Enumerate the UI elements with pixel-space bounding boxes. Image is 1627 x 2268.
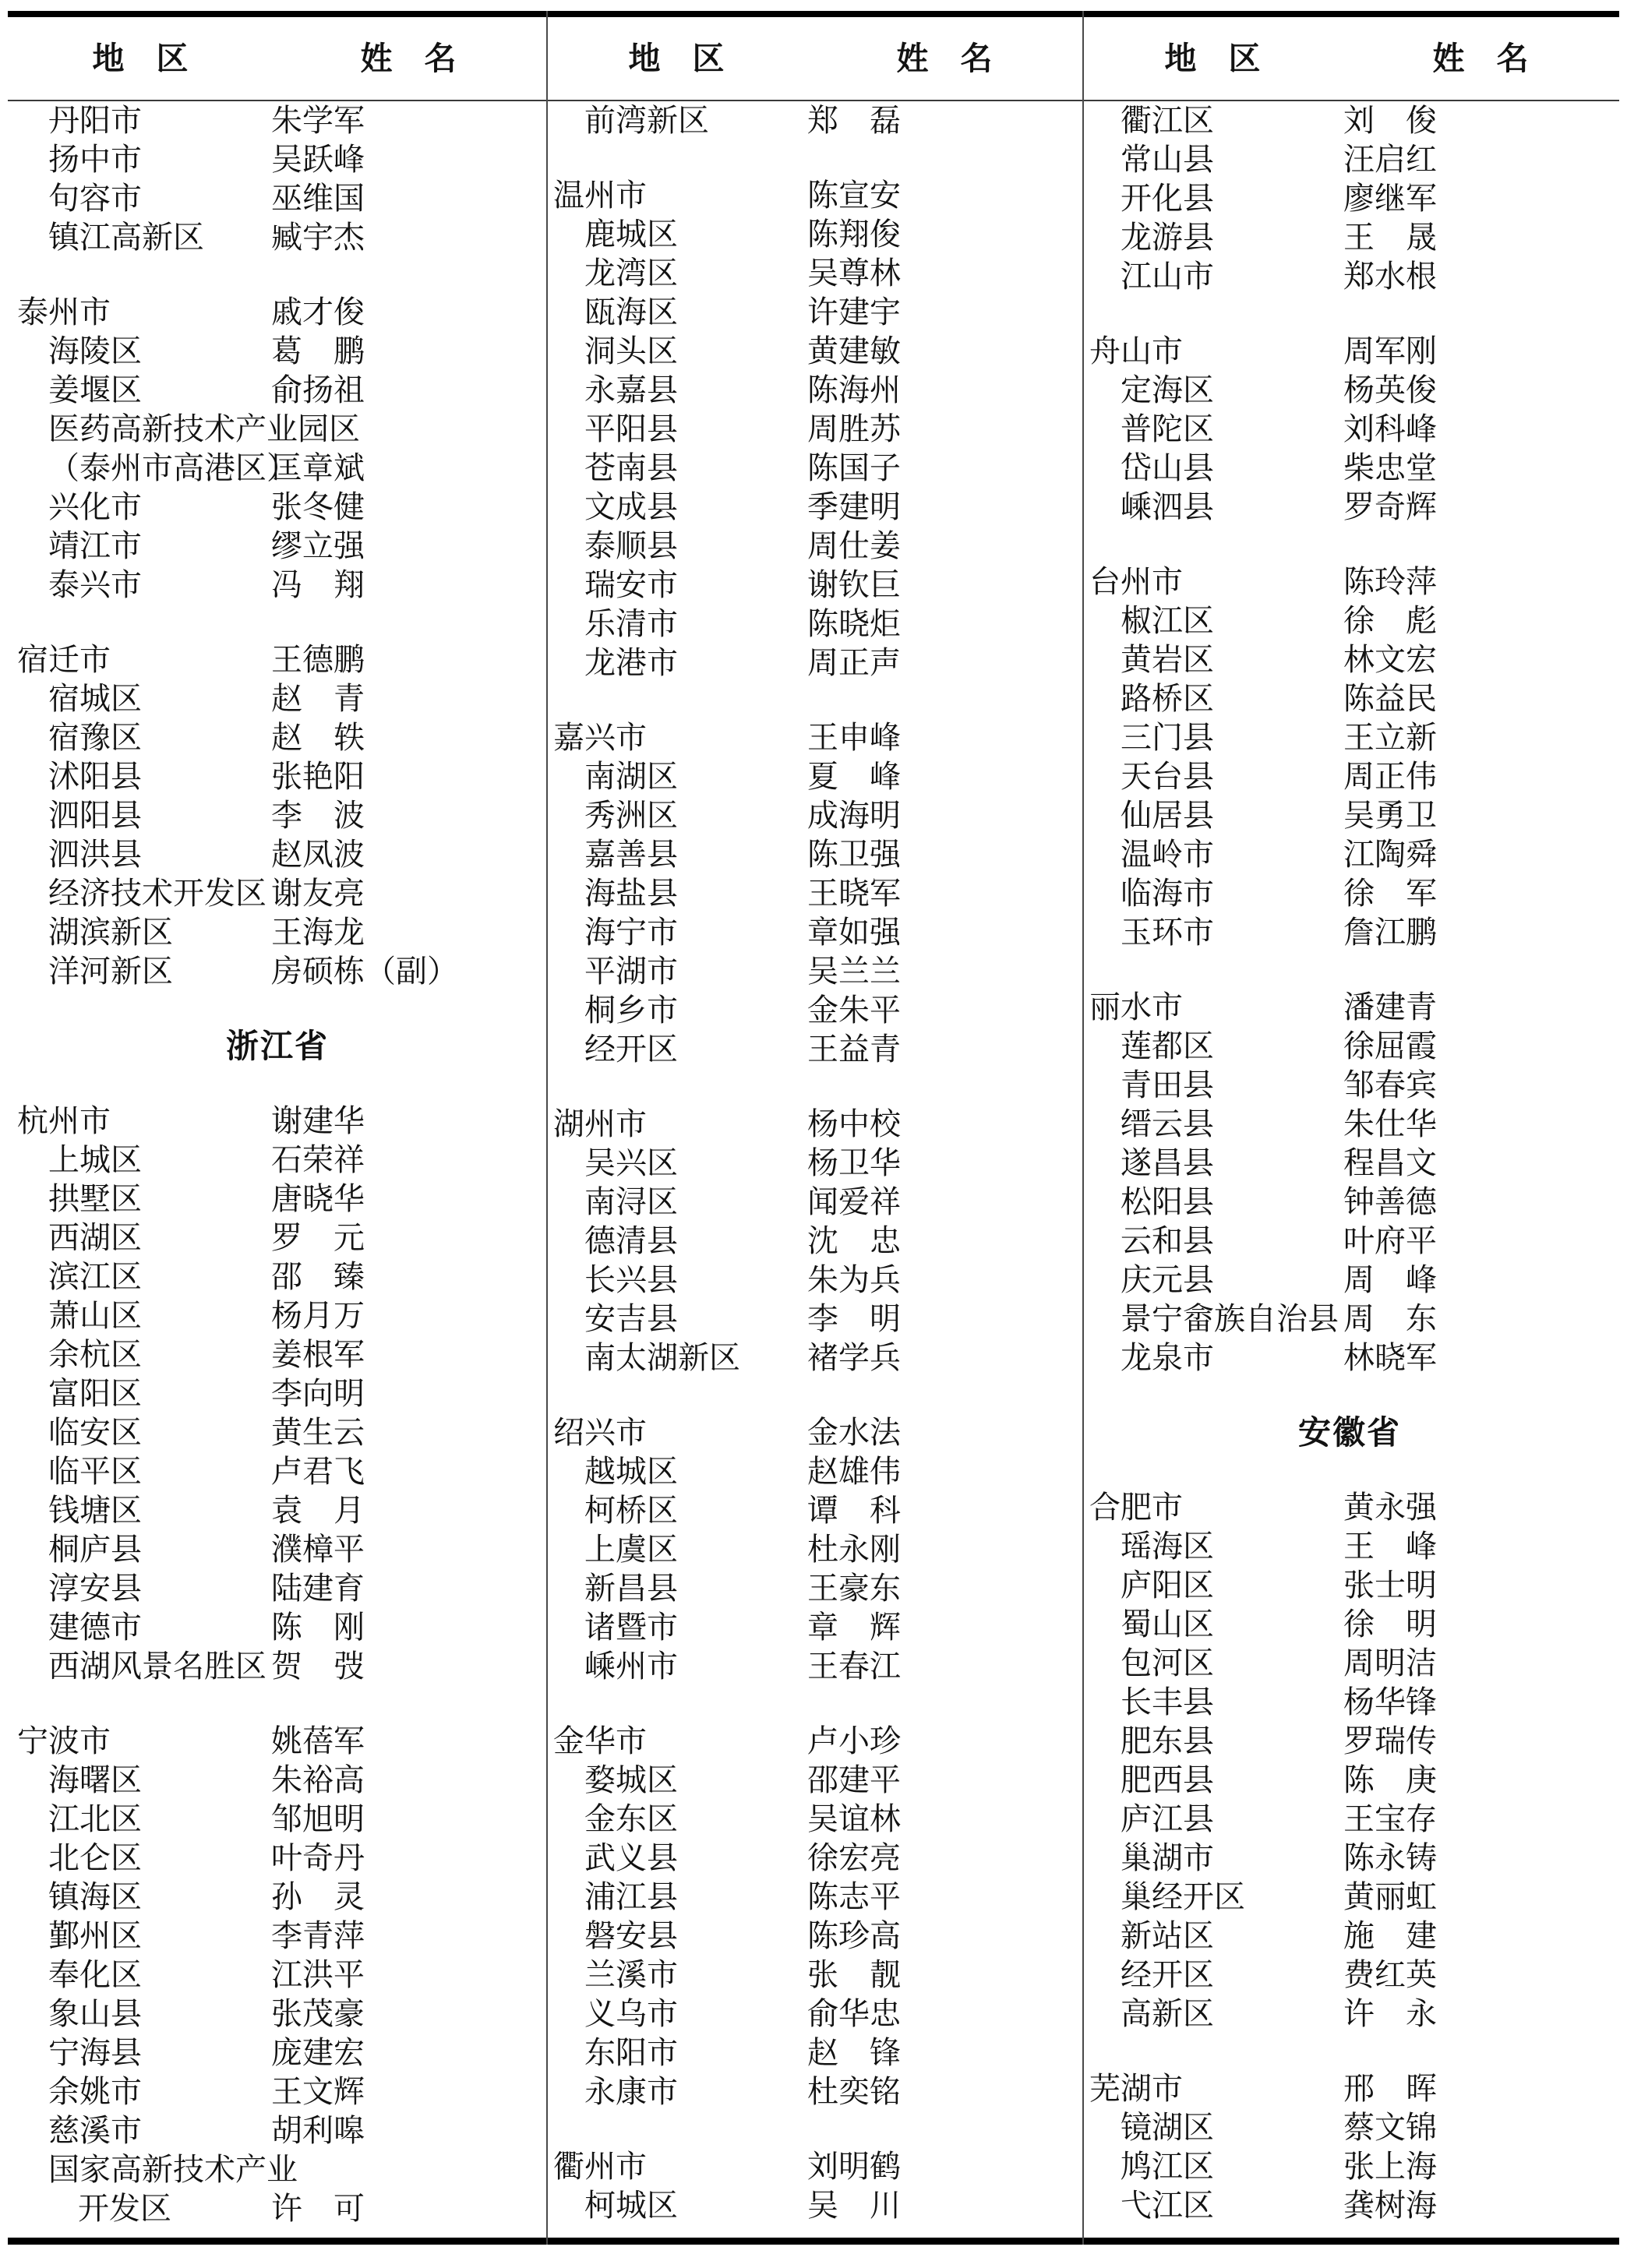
table-row: 南浔区闻爱祥 [545,1183,1082,1222]
group-spacer [9,1066,545,1102]
name-cell: 王海龙 [271,913,365,952]
name-cell: 郑水根 [1343,257,1437,296]
name-cell: 刘明鹤 [807,2147,901,2186]
table-row: 鸠江区张上海 [1082,2147,1618,2186]
region-cell: 淳安县 [48,1569,142,1608]
region-cell: 开化县 [1121,179,1214,218]
region-header-label: 地 区 [545,17,807,100]
region-cell: 海宁市 [584,913,678,952]
region-cell: 长丰县 [1121,1683,1214,1722]
region-cell: 路桥区 [1121,679,1214,718]
name-cell: 汪启红 [1343,140,1437,179]
name-cell: 杨英俊 [1343,371,1437,410]
table-row: 南太湖新区褚学兵 [545,1339,1082,1377]
table-row: 镇江高新区臧宇杰 [9,218,545,257]
name-cell: 赵 青 [271,679,365,718]
group-spacer [1082,296,1618,332]
name-cell: 金朱平 [807,991,901,1030]
region-cell: 医药高新技术产业园区 [48,410,360,449]
table-row: 宿豫区赵 轶 [9,718,545,757]
name-cell: 李 波 [271,796,365,835]
name-cell: 匡章斌 [271,449,365,488]
name-cell: 王 晟 [1343,218,1437,257]
region-cell: 岱山县 [1121,449,1214,488]
document-page: { "table": { "header": { "region_label":… [0,0,1627,2268]
name-cell: 庞建宏 [271,2033,365,2072]
group-spacer [545,683,1082,718]
name-cell: 王立新 [1343,718,1437,757]
region-cell: 龙港市 [584,644,678,683]
region-cell: 临海市 [1121,874,1214,913]
table-row: 龙泉市林晓军 [1082,1339,1618,1377]
name-cell: 王晓军 [807,874,901,913]
name-cell: 罗奇辉 [1343,488,1437,527]
name-cell: 周 东 [1343,1300,1437,1339]
name-cell: 朱裕高 [271,1761,365,1800]
table-row: 缙云县朱仕华 [1082,1105,1618,1144]
table-row: 洞头区黄建敏 [545,332,1082,371]
region-cell: 龙泉市 [1121,1339,1214,1377]
table-row: 浦江县陈志平 [545,1878,1082,1917]
table-row: 上城区石荣祥 [9,1141,545,1180]
table-row: 经开区费红英 [1082,1956,1618,1995]
name-cell: 杨中校 [807,1105,901,1144]
table-row: 镇海区孙 灵 [9,1878,545,1917]
region-cell: 衢江区 [1121,101,1214,140]
table-row: 巢经开区黄丽虹 [1082,1878,1618,1917]
table-top-rule [8,11,1619,17]
table-row: 钱塘区袁 月 [9,1491,545,1530]
table-row: 蜀山区徐 明 [1082,1605,1618,1644]
region-cell: 高新区 [1121,1995,1214,2033]
region-cell: 合肥市 [1089,1488,1183,1527]
region-cell: 定海区 [1121,371,1214,410]
name-cell: 章如强 [807,913,901,952]
group-spacer [545,2111,1082,2147]
name-header-label: 姓 名 [807,17,1082,100]
region-cell: 瑶海区 [1121,1527,1214,1566]
name-cell: 林文宏 [1343,640,1437,679]
name-cell: 卢小珍 [807,1722,901,1761]
region-cell: 平阳县 [584,410,678,449]
region-cell: 桐乡市 [584,991,678,1030]
region-cell: 常山县 [1121,140,1214,179]
name-cell: 谢友亮 [271,874,365,913]
region-cell: 磐安县 [584,1917,678,1956]
table-row: 北仑区叶奇丹 [9,1839,545,1878]
region-cell: 弋江区 [1121,2186,1214,2225]
region-cell: 洋河新区 [48,952,173,991]
name-cell: 陈 刚 [271,1608,365,1647]
table-row: 镜湖区蔡文锦 [1082,2108,1618,2147]
region-cell: 温州市 [553,176,647,215]
table-row: 台州市陈玲萍 [1082,563,1618,601]
region-cell: （泰州市高港区） [48,449,298,488]
region-cell: 湖滨新区 [48,913,173,952]
table-row: 温岭市江陶舜 [1082,835,1618,874]
name-cell: 夏 峰 [807,757,901,796]
region-cell: 上城区 [48,1141,142,1180]
name-cell: 戚才俊 [271,293,365,332]
region-cell: 越城区 [584,1452,678,1491]
table-row: 巢湖市陈永铸 [1082,1839,1618,1878]
table-row: 滨江区邵 臻 [9,1257,545,1296]
table-row: 柯桥区谭 科 [545,1491,1082,1530]
table-row: 临海市徐 军 [1082,874,1618,913]
group-spacer [1082,952,1618,988]
table-row: 衢州市刘明鹤 [545,2147,1082,2186]
name-cell: 蔡文锦 [1343,2108,1437,2147]
name-cell: 陈宣安 [807,176,901,215]
region-cell: 庐阳区 [1121,1566,1214,1605]
table-row: 玉环市詹江鹏 [1082,913,1618,952]
region-cell: 肥东县 [1121,1722,1214,1761]
region-cell: 鸠江区 [1121,2147,1214,2186]
table-row: 兰溪市张 靓 [545,1956,1082,1995]
region-cell: 肥西县 [1121,1761,1214,1800]
name-cell: 胡利嗥 [271,2111,365,2150]
table-column-3: 衢江区刘 俊常山县汪启红开化县廖继军龙游县王 晟江山市郑水根舟山市周军刚定海区杨… [1082,101,1618,2225]
table-row: 常山县汪启红 [1082,140,1618,179]
name-cell: 袁 月 [271,1491,365,1530]
table-row: 泗洪县赵凤波 [9,835,545,874]
region-cell: 慈溪市 [48,2111,142,2150]
region-cell: 永嘉县 [584,371,678,410]
name-cell: 沈 忠 [807,1222,901,1261]
name-cell: 陈珍高 [807,1917,901,1956]
table-row: 平阳县周胜苏 [545,410,1082,449]
region-cell: 云和县 [1121,1222,1214,1261]
table-row: 嘉善县陈卫强 [545,835,1082,874]
name-cell: 朱为兵 [807,1261,901,1300]
region-cell: 西湖区 [48,1219,142,1257]
name-cell: 谭 科 [807,1491,901,1530]
region-cell: 上虞区 [584,1530,678,1569]
name-cell: 叶府平 [1343,1222,1437,1261]
name-cell: 李青萍 [271,1917,365,1956]
name-header-label: 姓 名 [271,17,545,100]
table-row: 合肥市黄永强 [1082,1488,1618,1527]
table-row: 龙港市周正声 [545,644,1082,683]
name-cell: 张冬健 [271,488,365,527]
name-cell: 陈永铸 [1343,1839,1437,1878]
name-cell: 周 峰 [1343,1261,1437,1300]
region-cell: 西湖风景名胜区 [48,1647,266,1686]
name-cell: 陈玲萍 [1343,563,1437,601]
table-row: 瑶海区王 峰 [1082,1527,1618,1566]
table-row: 海宁市章如强 [545,913,1082,952]
name-cell: 吴尊林 [807,254,901,293]
name-cell: 陈国子 [807,449,901,488]
region-cell: 沭阳县 [48,757,142,796]
name-cell: 邵建平 [807,1761,901,1800]
region-cell: 经济技术开发区 [48,874,266,913]
region-cell: 泰州市 [17,293,111,332]
region-cell: 普陀区 [1121,410,1214,449]
table-row: 青田县邹春宾 [1082,1066,1618,1105]
region-cell: 巢经开区 [1121,1878,1245,1917]
region-cell: 婺城区 [584,1761,678,1800]
region-cell: 泗阳县 [48,796,142,835]
table-header-row: 地 区 姓 名 地 区 姓 名 地 区 姓 名 [9,17,1618,100]
region-cell: 余杭区 [48,1335,142,1374]
name-cell: 杜奕铭 [807,2072,901,2111]
table-row: 西湖区罗 元 [9,1219,545,1257]
region-cell: 北仑区 [48,1839,142,1878]
table-row: 弋江区龚树海 [1082,2186,1618,2225]
group-spacer [545,1686,1082,1722]
region-cell: 海曙区 [48,1761,142,1800]
region-cell: 镇海区 [48,1878,142,1917]
table-row: 诸暨市章 辉 [545,1608,1082,1647]
table-row: 江北区邹旭明 [9,1800,545,1839]
name-cell: 张茂豪 [271,1995,365,2033]
region-cell: 余姚市 [48,2072,142,2111]
region-cell: 萧山区 [48,1296,142,1335]
name-cell: 吴 川 [807,2186,901,2225]
table-row: 句容市巫维国 [9,179,545,218]
name-cell: 吴兰兰 [807,952,901,991]
region-cell: 镇江高新区 [48,218,204,257]
name-cell: 王豪东 [807,1569,901,1608]
region-cell: 瓯海区 [584,293,678,332]
region-cell: 南太湖新区 [584,1339,740,1377]
table-row: 建德市陈 刚 [9,1608,545,1647]
name-cell: 周正声 [807,644,901,683]
table-row: 宿迁市王德鹏 [9,640,545,679]
region-cell: 玉环市 [1121,913,1214,952]
table-row: 松阳县钟善德 [1082,1183,1618,1222]
region-cell: 吴兴区 [584,1144,678,1183]
table-row: 安吉县李 明 [545,1300,1082,1339]
table-row: 余姚市王文辉 [9,2072,545,2111]
region-cell: 临安区 [48,1413,142,1452]
region-cell: 苍南县 [584,449,678,488]
name-cell: 邹旭明 [271,1800,365,1839]
region-cell: 泰顺县 [584,527,678,566]
table-row: 临平区卢君飞 [9,1452,545,1491]
region-cell: 松阳县 [1121,1183,1214,1222]
name-cell: 闻爱祥 [807,1183,901,1222]
name-cell: 金水法 [807,1413,901,1452]
region-cell: 金东区 [584,1800,678,1839]
region-cell: 建德市 [48,1608,142,1647]
table-body: 丹阳市朱学军扬中市吴跃峰句容市巫维国镇江高新区臧宇杰泰州市戚才俊海陵区葛 鹏姜堰… [9,101,1618,2228]
table-row: 乐清市陈晓炬 [545,605,1082,644]
table-row: 开化县廖继军 [1082,179,1618,218]
name-cell: 陈 庚 [1343,1761,1437,1800]
name-cell: 朱学军 [271,101,365,140]
region-cell: 诸暨市 [584,1608,678,1647]
name-cell: 罗瑞传 [1343,1722,1437,1761]
region-cell: 芜湖市 [1089,2069,1183,2108]
region-cell: 前湾新区 [584,101,709,140]
group-spacer [545,1069,1082,1105]
region-cell: 经开区 [584,1030,678,1069]
group-spacer [545,140,1082,176]
region-cell: 南浔区 [584,1183,678,1222]
table-row: 南湖区夏 峰 [545,757,1082,796]
name-cell: 王宝存 [1343,1800,1437,1839]
region-cell: 丽水市 [1089,988,1183,1027]
group-spacer [9,1686,545,1722]
region-cell: 嘉善县 [584,835,678,874]
name-cell: 巫维国 [271,179,365,218]
region-cell: 莲都区 [1121,1027,1214,1066]
name-cell: 邢 晖 [1343,2069,1437,2108]
region-cell: 湖州市 [553,1105,647,1144]
table-row: 淳安县陆建育 [9,1569,545,1608]
region-cell: 嘉兴市 [553,718,647,757]
table-row: 医药高新技术产业园区 [9,410,545,449]
table-row: 越城区赵雄伟 [545,1452,1082,1491]
name-cell: 张艳阳 [271,757,365,796]
table-row: 衢江区刘 俊 [1082,101,1618,140]
name-cell: 徐 明 [1343,1605,1437,1644]
table-row: 东阳市赵 锋 [545,2033,1082,2072]
region-cell: 江北区 [48,1800,142,1839]
table-row: 高新区许 永 [1082,1995,1618,2033]
table-row: 杭州市谢建华 [9,1102,545,1141]
name-cell: 成海明 [807,796,901,835]
name-cell: 石荣祥 [271,1141,365,1180]
table-row: 仙居县吴勇卫 [1082,796,1618,835]
column-header: 地 区 姓 名 [9,17,545,100]
name-cell: 赵凤波 [271,835,365,874]
name-cell: 葛 鹏 [271,332,365,371]
table-row: 平湖市吴兰兰 [545,952,1082,991]
name-cell: 陈海州 [807,371,901,410]
table-row: 经济技术开发区谢友亮 [9,874,545,913]
region-cell: 文成县 [584,488,678,527]
name-cell: 许 永 [1343,1995,1437,2033]
table-row: 临安区黄生云 [9,1413,545,1452]
table-row: 鹿城区陈翔俊 [545,215,1082,254]
region-cell: 庐江县 [1121,1800,1214,1839]
table-row: 湖滨新区王海龙 [9,913,545,952]
table-row: 黄岩区林文宏 [1082,640,1618,679]
region-cell: 天台县 [1121,757,1214,796]
region-cell: 永康市 [584,2072,678,2111]
region-cell: 姜堰区 [48,371,142,410]
table-row: 泰顺县周仕姜 [545,527,1082,566]
name-header-label: 姓 名 [1343,17,1618,100]
table-row: 长丰县杨华锋 [1082,1683,1618,1722]
region-cell: 奉化区 [48,1956,142,1995]
name-cell: 赵 轶 [271,718,365,757]
name-cell: 杨卫华 [807,1144,901,1183]
name-cell: 叶奇丹 [271,1839,365,1878]
table-row: 海陵区葛 鹏 [9,332,545,371]
name-cell: 杜永刚 [807,1530,901,1569]
name-cell: 周仕姜 [807,527,901,566]
name-cell: 谢钦巨 [807,566,901,605]
region-cell: 经开区 [1121,1956,1214,1995]
table-bottom-rule [8,2238,1619,2245]
region-cell: 东阳市 [584,2033,678,2072]
group-spacer [9,257,545,293]
name-cell: 徐宏亮 [807,1839,901,1878]
name-cell: 王 峰 [1343,1527,1437,1566]
table-row: 余杭区姜根军 [9,1335,545,1374]
name-cell: 江陶舜 [1343,835,1437,874]
region-cell: 临平区 [48,1452,142,1491]
group-spacer [9,991,545,1027]
name-cell: 陈翔俊 [807,215,901,254]
name-cell: 钟善德 [1343,1183,1437,1222]
name-cell: 郑 磊 [807,101,901,140]
name-cell: 臧宇杰 [271,218,365,257]
name-cell: 贺 弢 [271,1647,365,1686]
name-cell: 俞扬祖 [271,371,365,410]
name-cell: 施 建 [1343,1917,1437,1956]
region-cell: 青田县 [1121,1066,1214,1105]
table-row: 婺城区邵建平 [545,1761,1082,1800]
table-row: 沭阳县张艳阳 [9,757,545,796]
table-row: 庐江县王宝存 [1082,1800,1618,1839]
name-cell: 吴跃峰 [271,140,365,179]
table-column-2: 前湾新区郑 磊温州市陈宣安鹿城区陈翔俊龙湾区吴尊林瓯海区许建宇洞头区黄建敏永嘉县… [545,101,1082,2225]
region-cell: 柯桥区 [584,1491,678,1530]
region-cell: 海盐县 [584,874,678,913]
table-row: 永嘉县陈海州 [545,371,1082,410]
region-cell: 平湖市 [584,952,678,991]
table-row: 瑞安市谢钦巨 [545,566,1082,605]
table-row: 丽水市潘建青 [1082,988,1618,1027]
table-row: 扬中市吴跃峰 [9,140,545,179]
province-section-header: 安徽省 [1082,1413,1618,1452]
region-cell: 黄岩区 [1121,640,1214,679]
name-cell: 邹春宾 [1343,1066,1437,1105]
table-row: 嵊泗县罗奇辉 [1082,488,1618,527]
table-row: 宁波市姚蓓军 [9,1722,545,1761]
region-cell: 开发区 [78,2189,171,2228]
region-cell: 嵊州市 [584,1647,678,1686]
region-cell: 宁波市 [17,1722,111,1761]
name-cell: 俞华忠 [807,1995,901,2033]
region-cell: 杭州市 [17,1102,111,1141]
table-row: 西湖风景名胜区贺 弢 [9,1647,545,1686]
region-cell: 新站区 [1121,1917,1214,1956]
table-row: 定海区杨英俊 [1082,371,1618,410]
region-cell: 国家高新技术产业 [48,2150,298,2189]
name-cell: 陈志平 [807,1878,901,1917]
table-row: 包河区周明洁 [1082,1644,1618,1683]
name-cell: 朱仕华 [1343,1105,1437,1144]
name-cell: 周明洁 [1343,1644,1437,1683]
name-cell: 吴谊林 [807,1800,901,1839]
region-cell: 句容市 [48,179,142,218]
region-cell: 仙居县 [1121,796,1214,835]
table-row: 兴化市张冬健 [9,488,545,527]
name-cell: 李向明 [271,1374,365,1413]
name-cell: 张士明 [1343,1566,1437,1605]
region-cell: 兴化市 [48,488,142,527]
region-cell: 德清县 [584,1222,678,1261]
region-cell: 乐清市 [584,605,678,644]
table-row: 萧山区杨月万 [9,1296,545,1335]
region-cell: 宿城区 [48,679,142,718]
name-cell: 邵 臻 [271,1257,365,1296]
table-row: 长兴县朱为兵 [545,1261,1082,1300]
name-cell: 陈益民 [1343,679,1437,718]
table-row: 武义县徐宏亮 [545,1839,1082,1878]
region-cell: 包河区 [1121,1644,1214,1683]
table-row: 龙游县王 晟 [1082,218,1618,257]
table-row: 磐安县陈珍高 [545,1917,1082,1956]
name-cell: 卢君飞 [271,1452,365,1491]
region-cell: 鹿城区 [584,215,678,254]
